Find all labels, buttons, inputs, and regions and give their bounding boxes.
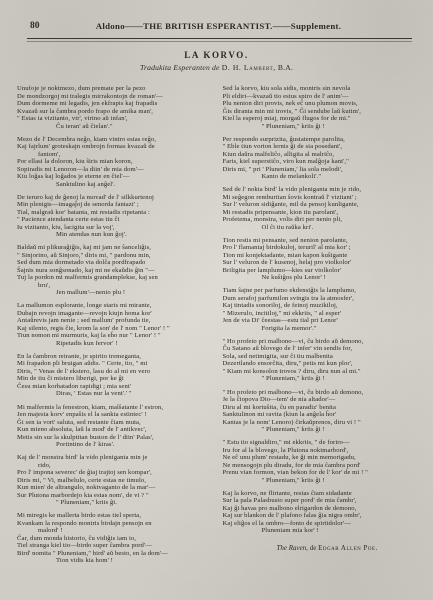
poem-line: Kanto de melankoli'." [223,173,420,181]
poem-line: bru', [17,282,214,290]
poem-line: Kaj ĝi havas pro malbono elrigardon de d… [223,505,420,513]
subtitle-translated-by: Tradukita Esperanten de [140,63,220,72]
poem-line: De teruro kaj de ĝenoj la movad' de l' s… [17,194,214,202]
poem-line: Kaj fajrlum' groteskajn ombrojn formas k… [17,143,214,151]
poem-line: Dum serafoj parfumilon svingis tra la at… [223,295,420,303]
poem-line: " Pacience atendanta certe estas tiu ĉi [17,216,214,224]
poem-line: Sed dum mia dormetado via dolĉa pordfrap… [17,259,214,267]
poem-line: Antaŭrevis jam nenie ; sed mallum' profu… [17,317,214,325]
poem-line: Kvazaŭ sur la ĉambra pordo frapo de amik… [17,108,214,116]
attribution-author: Edgar Allen Poe. [318,544,378,552]
poem-line: " Pluneniam," kriis ĝi ! [223,123,420,131]
poem-line: Unufoje je noktmezo, dum premate per la … [17,85,214,93]
stanza: Mi miregis ke mallerta birdo estas tiel … [17,512,214,565]
poem-line: Ĉar, dum monda historio, ĉu vidiĝis iam … [17,535,214,543]
poem-line: Tiam ŝajne per parfumo ekdensiĝis la lam… [223,287,420,295]
attribution-work-title: The Raven [277,544,307,552]
poem-line: Ne mensogojn plu diradu, for de mia ĉamb… [223,462,420,470]
poem-line: Diru al mi kortuŝita, ĉu en paradiz' ben… [223,404,420,412]
poem-line: Mi malfermis la fenestron, kiam, malŝata… [17,404,214,412]
poem-line: Kvankam la respondo montris birdajn pens… [17,520,214,528]
translator-degree: B.A. [276,63,293,72]
poem-column-left: Unufoje je noktmezo, dum premate per la … [17,85,214,570]
poem-line: Kiu loĝas kaj loĝados je eterne en ĉiel'… [17,173,214,181]
stanza: Baldaŭ mi plikuraĝiĝis, kaj mi jam ne ŝa… [17,244,214,297]
poem-line: Baldaŭ mi plikuraĝiĝis, kaj mi jam ne ŝa… [17,244,214,252]
page-number: 80 [30,21,40,31]
poem-line: Ol ĉi tiu raŭka kri'. [223,224,420,232]
poem-line: Por ellasi la doloron, kiu ŝiris mian ko… [17,158,214,166]
stanza: Unufoje je noktmezo, dum premate per la … [17,85,214,130]
poem-line: Min atendas nun kun ĝoj'. [17,231,214,239]
poem-line: Diris mi, " pri ' Pluneniam,' lia sola m… [223,166,420,174]
attribution-connector: , de [306,544,318,552]
poem-line: " Estu tio signaldiro," mi ekkriis, " de… [223,439,420,447]
poem-line: Ripetadis kun fervor' ! [17,340,214,348]
attribution: The Raven, de Edgar Allen Poe. [223,544,420,552]
poem-columns: Unufoje je noktmezo, dum premate per la … [17,85,419,570]
poem-line: Pro l' flamantaj birdokuloj, teruril' al… [223,244,420,252]
poem-line: " Pluneniam," kriis ĝi. [17,499,214,507]
poem-line: Jen majesta korv' enpaŝis el la sankta e… [17,411,214,419]
poem-line: Tion mi konjektadante, mian kapon kuŝiga… [223,252,420,260]
poem-line: Sanktulinon mi ravita (kiun la anĝela ĥo… [223,411,420,419]
poem-line: Dum dormeme mi legadis, jen ekfrapis kaj… [17,100,214,108]
poem-line: Kiun daŭra malfeliĉo, alligita al malriĉ… [223,151,420,159]
poem-line: De mondzorgoj mi tralegis mirrakontojn d… [17,93,214,101]
poem-line: Kun mieno absoluta, laŭ la mod' de l' an… [17,426,214,434]
poem-line: Tiel stranga kiel tio—birdo super ĉambra… [17,542,214,550]
poem-line: Portintino de l' kiras'. [17,441,214,449]
poem-line: Per respondo surprizita, ĝustatempe paro… [223,136,420,144]
running-header: Aldono——THE BRITISH ESPERANTIST.——Supple… [30,21,407,31]
poem-line: Tion vidis kia hom' ! [17,557,214,565]
page-header: 80 Aldono——THE BRITISH ESPERANTIST.——Sup… [30,21,407,34]
poem-line: Kaj sur blankon de l' plafono falas ĝia … [223,512,420,520]
poem-line: rido, [17,462,214,470]
poem-line: " Sinjorino, aŭ Sinjoro," diris mi, " pa… [17,252,214,260]
poem-line: Sur la pala Palasbusto super pord' de mi… [223,497,420,505]
poem-line: Tiun nomon mi murmuris, kaj la eĥo nur "… [17,332,214,340]
poem-line: Ŝajnis nura sonĝsonado, kaj mi ne ekaŭdi… [17,267,214,275]
poem-line: Ne kuŝiĝos plu Lenor' ! [223,274,420,282]
poem-line: Forigita la memor'." [223,325,420,333]
poem-line: Dubajn revojn imagante—revojn kiujn homa… [17,310,214,318]
stanza: " Ho profeto pri malbono—vi, ĉu birdo aŭ… [223,338,420,383]
stanza: Tion restis mi pensante, sed nenion paro… [223,237,420,282]
poem-line: Dezertlando ensorĉita, diru," petis mi k… [223,360,420,368]
stanza: Tiam ŝajne per parfumo ekdensiĝis la lam… [223,287,420,332]
poem-line: Sanktulino kaj anĝel'. [17,181,214,189]
poem-line: Diris, " Venas de l' ekstero, lasu do al… [17,368,214,376]
poem-line: Min plenigis—imagaĵoj de senorda fantazi… [17,201,214,209]
poem-line: Pli eldiri—kvazaŭ tio estus spiro de l' … [223,93,420,101]
poem-line: " Pluneniam," kriis ĝi ! [223,375,420,383]
poem-line: Sola, sed netimigita, sur ĉi tiu malbeni… [223,353,420,361]
poem-line: Sur l' veluron de l' kusenoj, helaj pro … [223,259,420,267]
poem-line: Kaj la korvo, ne flirtante, restas ĉiam … [223,490,420,498]
poem-line: malord' ! [17,527,214,535]
poem-line: Ĉu teran' aŭ ĉielan'." [17,123,214,131]
poem-line: Pluneniam mia kor' ! [223,527,420,535]
poem-line: Mi restadis pripensante, kion tiu parola… [223,209,420,217]
poem-subtitle: Tradukita Esperanten de D. H. Lambert, B… [0,63,433,72]
poem-line: Kaj de l' monstra bird' la vido plenigan… [17,454,214,462]
scanned-page: 80 Aldono——THE BRITISH ESPERANTIST.——Sup… [0,0,433,600]
poem-line: Ĝis diranta min mi trovis, " Ĝi sendube … [223,108,420,116]
poem-column-right: Sed la korvo, kiu sola sidis, montris si… [223,85,420,570]
poem-line: Ĉesu mian korbatadon rapidigi ; mia sent… [17,383,214,391]
poem-line: Pro l' impona severec' de ĝiaj trajtoj s… [17,469,214,477]
header-rule [27,38,412,43]
poem-line: " Eble tiun vorton lernis ĝi de sia pose… [223,143,420,151]
poem-line: Prenu vian formon, vian bekon for de l' … [223,469,420,477]
poem-line: Sopiradis mi Lenoron—la diin' de mia dom… [17,166,214,174]
stanza: Sed la korvo, kiu sola sidis, montris si… [223,85,420,130]
poem-line: " Kiam mi konsolon trovos ? diru, diru n… [223,368,420,376]
stanza: Mezo de l' Decembra neĝo, kiam vintro es… [17,136,214,189]
poem-line: Briligita per lamplumo—kies sur violkolo… [223,267,420,275]
poem-line: Jen de via Di' ĉeestas—estu tial pri Len… [223,317,420,325]
poem-line: Mi miregis ke mallerta birdo estas tiel … [17,512,214,520]
poem-line: Kun mien' de altrangulo, noktvaganto de … [17,484,214,492]
poem-line: Bird' nomita " Pluneniam," bird' aŭ best… [17,550,214,558]
poem-line: Ĝi sen ia vort' saluta, sed restante ĉia… [17,419,214,427]
poem-line: Min de tiu ĉi mistero liberigi, por ke ĝ… [17,375,214,383]
stanza: Sed de l' nokta bird' la vido pleniganta… [223,186,420,231]
stanza: La mallumon esplorante, longe staris mi … [17,302,214,347]
poem-line: Sed de l' nokta bird' la vido pleniganta… [223,186,420,194]
poem-line: " Estas ia vizitanto, vir', virino aŭ in… [17,115,214,123]
poem-line: Tial, malgraŭ kor' batanta, mi restadis … [17,209,214,217]
poem-line: Diras, ' Estas nur la vent'.' " [17,390,214,398]
poem-line: Plu nenion diri provis, nek eĉ unu plumo… [223,100,420,108]
poem-line: Mezo de l' Decembra neĝo, kiam vintro es… [17,136,214,144]
poem-line: Jen mallum'—nenio plu ! [17,289,214,297]
poem-line: La mallumon esplorante, longe staris mi … [17,302,214,310]
poem-line: Sur l' veluron sidiĝante, mil da pensoj … [223,201,420,209]
poem-line: Metis sin sur la skulptitan buston de l'… [17,434,214,442]
poem-line: Mi frapadon pli bruigan aŭdis. " Certe, … [17,360,214,368]
poem-line: Faris, kiel superstiĉo, viro kun malĝoja… [223,158,420,166]
poem-line: En la ĉambron reirante, je spirito treme… [17,353,214,361]
poem-line: Kantas je la nom' Lenoro) ĉirkaŭprenos, … [223,419,420,427]
poem-line: Mi seĝegon remburitan ŝovis kontraŭ l' v… [223,194,420,202]
translator-name: D. H. Lambert, [222,63,276,72]
poem-line: Iru for al la blovego, la Plutona noktma… [223,447,420,455]
poem-line: Kaj eliĝos el la ombro—fonto de spiritdo… [223,520,420,528]
poem-line: fantom', [17,151,214,159]
poem-line: Profetema, monstra, volis diri per nenio… [223,216,420,224]
poem-title: LA KORVO. [0,50,433,60]
poem-line: Sed la korvo, kiu sola sidis, montris si… [223,85,420,93]
poem-line: Ne eĉ unu plum' restadu, ke ĝi min memor… [223,454,420,462]
poem-line: Je la ĉiopova Dio—tem' de nia altador'— [223,396,420,404]
poem-line: Ĉu Satano aŭ blovego de l' infer' vin se… [223,345,420,353]
poem-line: " Mizerulo, incitiloj," mi ekkriis, " al… [223,310,420,318]
poem-line: Kaj tintadis sonoriloj, de feinoj muziki… [223,302,420,310]
poem-line: " Ho profeto pri malbono—vi, ĉu birdo aŭ… [223,389,420,397]
stanza: " Ho profeto pri malbono—vi, ĉu birdo aŭ… [223,389,420,434]
poem-line: " Pluneniam," kriis ĝi ! [223,477,420,485]
poem-line: Kiel la esperoj miaj, morgaŭ flugos for … [223,115,420,123]
poem-line: Sur Plutona marbordejo kia estas nom', d… [17,492,214,500]
stanza: Kaj la korvo, ne flirtante, restas ĉiam … [223,490,420,535]
poem-line: Diris mi, " Vi, malbelulo, certe estas n… [17,477,214,485]
stanza: " Estu tio signaldiro," mi ekkriis, " de… [223,439,420,484]
stanza: Kaj de l' monstra bird' la vido plenigan… [17,454,214,507]
stanza: Mi malfermis la fenestron, kiam, malŝata… [17,404,214,449]
poem-line: Tion restis mi pensante, sed nenion paro… [223,237,420,245]
stanza: De teruro kaj de ĝenoj la movad' de l' s… [17,194,214,239]
stanza: En la ĉambron reirante, je spirito treme… [17,353,214,398]
stanza: Per respondo surprizita, ĝustatempe paro… [223,136,420,181]
poem-line: " Pluneniam," kriis ĝi ! [223,426,420,434]
poem-line: Tuj la pordon mi malfermis grandamplekse… [17,274,214,282]
poem-line: Iu vizitanto, kiu, lacigita sur la voj', [17,224,214,232]
